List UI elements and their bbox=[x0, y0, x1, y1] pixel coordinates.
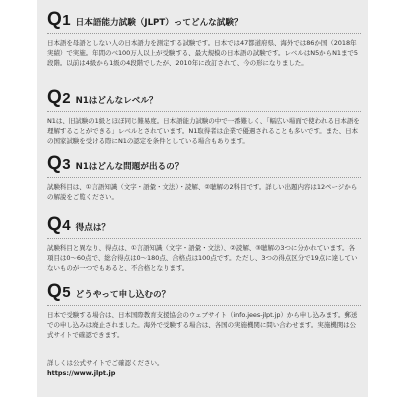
q-mark: Q bbox=[47, 217, 61, 233]
question-heading: Q 2 N1はどんなレベル？ bbox=[47, 90, 361, 106]
faq-section-q3: Q 3 N1はどんな問題が出るの？ 試験科目は、①言語知識（文字・語彙・文法）・… bbox=[47, 156, 361, 203]
question-number: 5 bbox=[62, 285, 70, 301]
question-number: 2 bbox=[62, 91, 70, 107]
dotted-divider bbox=[47, 238, 361, 239]
q-mark: Q bbox=[47, 284, 61, 300]
dotted-divider bbox=[47, 33, 361, 34]
question-title: 日本語能力試験（JLPT）ってどんな試験？ bbox=[76, 15, 243, 31]
answer-text: 試験科目と異なり、得点は、①言語知識（文字・語彙・文法）、②読解、③聴解の3つに… bbox=[47, 244, 361, 273]
question-number: 1 bbox=[62, 13, 70, 29]
answer-text: 日本語を母語としない人の日本語力を測定する試験です。日本では47都道府県、海外で… bbox=[47, 39, 361, 68]
q-mark: Q bbox=[47, 12, 61, 28]
faq-section-q2: Q 2 N1はどんなレベル？ N1は、旧試験の1級とほぼ同じ難易度。日本語能力試… bbox=[47, 90, 361, 146]
question-heading: Q 4 得点は？ bbox=[47, 217, 361, 233]
official-site-link[interactable]: https://www.jlpt.jp bbox=[47, 368, 361, 378]
footer-note: 詳しくは公式サイトでご確認ください。 https://www.jlpt.jp bbox=[47, 358, 361, 378]
question-number: 4 bbox=[62, 218, 70, 234]
question-title: どうやって申し込むの？ bbox=[76, 287, 171, 303]
question-heading: Q 5 どうやって申し込むの？ bbox=[47, 284, 361, 300]
faq-section-q5: Q 5 どうやって申し込むの？ 日本で受験する場合は、日本国際教育支援協会のウェ… bbox=[47, 284, 361, 340]
faq-section-q1: Q 1 日本語能力試験（JLPT）ってどんな試験？ 日本語を母語としない人の日本… bbox=[47, 12, 361, 68]
dotted-divider bbox=[47, 177, 361, 178]
answer-text: N1は、旧試験の1級とほぼ同じ難易度。日本語能力試験の中で一番難しく、「幅広い場… bbox=[47, 117, 361, 146]
question-title: N1はどんなレベル？ bbox=[76, 93, 158, 109]
question-number: 3 bbox=[62, 157, 70, 173]
answer-text: 試験科目は、①言語知識（文字・語彙・文法）・読解、②聴解の2科目です。詳しい出題… bbox=[47, 183, 361, 203]
faq-section-q4: Q 4 得点は？ 試験科目と異なり、得点は、①言語知識（文字・語彙・文法）、②読… bbox=[47, 217, 361, 273]
footer-text: 詳しくは公式サイトでご確認ください。 bbox=[47, 358, 361, 368]
question-title: 得点は？ bbox=[76, 220, 110, 236]
answer-text: 日本で受験する場合は、日本国際教育支援協会のウェブサイト（info.jees-j… bbox=[47, 311, 361, 340]
q-mark: Q bbox=[47, 156, 61, 172]
dotted-divider bbox=[47, 111, 361, 112]
question-title: N1はどんな問題が出るの？ bbox=[76, 159, 184, 175]
question-heading: Q 1 日本語能力試験（JLPT）ってどんな試験？ bbox=[47, 12, 361, 28]
q-mark: Q bbox=[47, 90, 61, 106]
question-heading: Q 3 N1はどんな問題が出るの？ bbox=[47, 156, 361, 172]
dotted-divider bbox=[47, 305, 361, 306]
